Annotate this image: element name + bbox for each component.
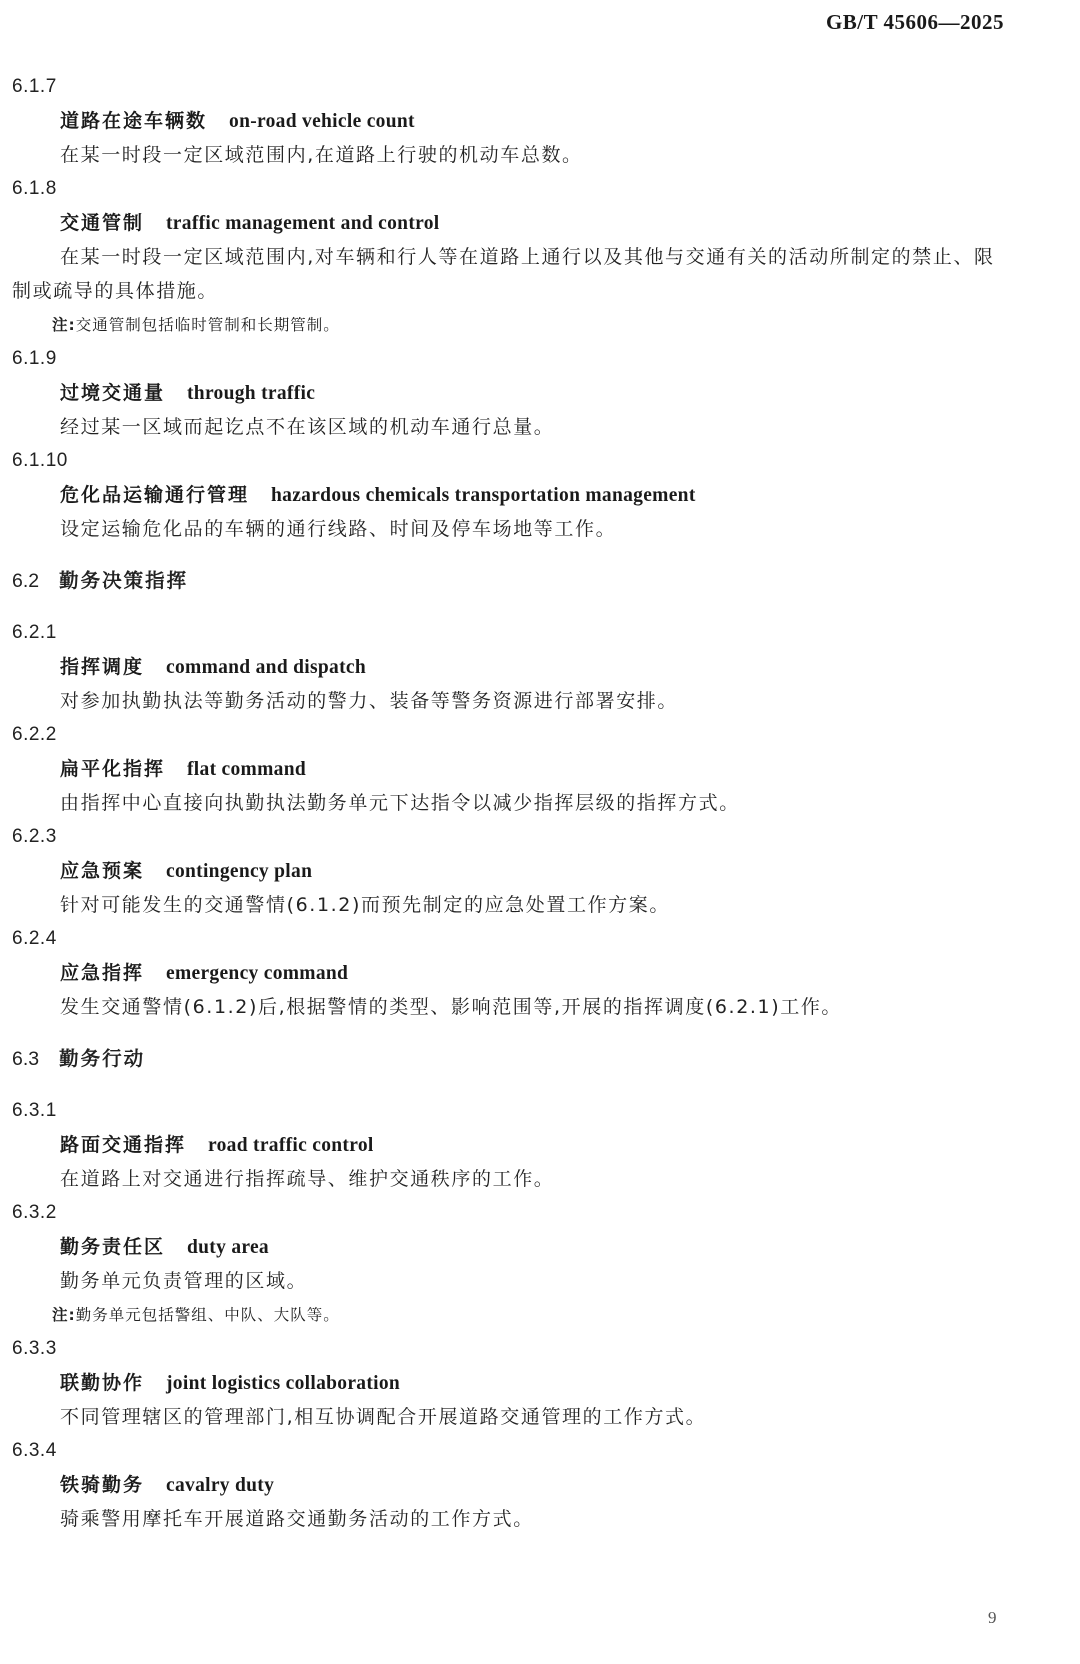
term-heading: 勤务责任区duty area	[60, 1230, 1072, 1264]
term-chinese: 勤务责任区	[60, 1236, 165, 1258]
term-entry: 6.3.4 铁骑勤务cavalry duty 骑乘警用摩托车开展道路交通勤务活动…	[12, 1434, 1072, 1536]
note-text: 勤务单元包括警组、中队、大队等。	[76, 1306, 340, 1324]
section-heading-6-3: 6.3勤务行动	[12, 1042, 1072, 1076]
document-body: 6.1.7 道路在途车辆数on-road vehicle count 在某一时段…	[12, 70, 1072, 1536]
term-chinese: 路面交通指挥	[60, 1134, 186, 1156]
term-heading: 应急指挥emergency command	[60, 956, 1072, 990]
term-definition: 经过某一区域而起讫点不在该区域的机动车通行总量。	[60, 410, 1072, 444]
entry-number: 6.3.4	[12, 1434, 1072, 1468]
entry-number: 6.3.3	[12, 1332, 1072, 1366]
term-entry: 6.1.9 过境交通量through traffic 经过某一区域而起讫点不在该…	[12, 342, 1072, 444]
term-definition: 不同管理辖区的管理部门,相互协调配合开展道路交通管理的工作方式。	[60, 1400, 1072, 1434]
term-chinese: 扁平化指挥	[60, 758, 165, 780]
term-chinese: 铁骑勤务	[60, 1474, 144, 1496]
term-entry: 6.1.8 交通管制traffic management and control…	[12, 172, 1072, 342]
note-text: 交通管制包括临时管制和长期管制。	[76, 316, 340, 334]
term-heading: 应急预案contingency plan	[60, 854, 1072, 888]
section-title: 勤务决策指挥	[59, 569, 188, 592]
term-english: on-road vehicle count	[229, 111, 415, 132]
term-english: hazardous chemicals transportation manag…	[271, 485, 696, 506]
section-number: 6.2	[12, 570, 39, 592]
entry-number: 6.2.3	[12, 820, 1072, 854]
term-english: cavalry duty	[166, 1475, 274, 1496]
term-note: 注:勤务单元包括警组、中队、大队等。	[52, 1298, 1072, 1332]
term-definition: 在某一时段一定区域范围内,对车辆和行人等在道路上通行以及其他与交通有关的活动所制…	[12, 240, 1012, 308]
entry-number: 6.1.7	[12, 70, 1072, 104]
term-chinese: 应急预案	[60, 860, 144, 882]
term-heading: 道路在途车辆数on-road vehicle count	[60, 104, 1072, 138]
term-heading: 危化品运输通行管理hazardous chemicals transportat…	[60, 478, 1072, 512]
standard-code-header: GB/T 45606—2025	[826, 10, 1004, 35]
term-chinese: 道路在途车辆数	[60, 110, 207, 132]
entry-number: 6.2.2	[12, 718, 1072, 752]
entry-number: 6.1.8	[12, 172, 1072, 206]
note-label: 注:	[52, 1306, 76, 1324]
term-definition: 勤务单元负责管理的区域。	[60, 1264, 1072, 1298]
term-heading: 过境交通量through traffic	[60, 376, 1072, 410]
entry-number: 6.2.1	[12, 616, 1072, 650]
entry-number: 6.1.9	[12, 342, 1072, 376]
term-definition: 由指挥中心直接向执勤执法勤务单元下达指令以减少指挥层级的指挥方式。	[60, 786, 1072, 820]
term-english: contingency plan	[166, 861, 312, 882]
term-english: traffic management and control	[166, 213, 439, 234]
term-definition: 骑乘警用摩托车开展道路交通勤务活动的工作方式。	[60, 1502, 1072, 1536]
term-english: emergency command	[166, 963, 348, 984]
section-heading-6-2: 6.2勤务决策指挥	[12, 564, 1072, 598]
page-number: 9	[988, 1608, 997, 1628]
term-definition: 对参加执勤执法等勤务活动的警力、装备等警务资源进行部署安排。	[60, 684, 1072, 718]
term-entry: 6.2.1 指挥调度command and dispatch 对参加执勤执法等勤…	[12, 616, 1072, 718]
term-definition: 发生交通警情(6.1.2)后,根据警情的类型、影响范围等,开展的指挥调度(6.2…	[60, 990, 1072, 1024]
term-entry: 6.2.3 应急预案contingency plan 针对可能发生的交通警情(6…	[12, 820, 1072, 922]
entry-number: 6.1.10	[12, 444, 1072, 478]
term-heading: 交通管制traffic management and control	[60, 206, 1072, 240]
note-label: 注:	[52, 316, 76, 334]
term-definition: 在道路上对交通进行指挥疏导、维护交通秩序的工作。	[60, 1162, 1072, 1196]
term-chinese: 危化品运输通行管理	[60, 484, 249, 506]
term-heading: 路面交通指挥road traffic control	[60, 1128, 1072, 1162]
term-chinese: 交通管制	[60, 212, 144, 234]
term-english: road traffic control	[208, 1135, 374, 1156]
entry-number: 6.3.1	[12, 1094, 1072, 1128]
term-definition: 在某一时段一定区域范围内,在道路上行驶的机动车总数。	[60, 138, 1072, 172]
term-heading: 铁骑勤务cavalry duty	[60, 1468, 1072, 1502]
term-english: duty area	[187, 1237, 269, 1258]
term-entry: 6.3.1 路面交通指挥road traffic control 在道路上对交通…	[12, 1094, 1072, 1196]
entry-number: 6.2.4	[12, 922, 1072, 956]
term-english: through traffic	[187, 383, 315, 404]
term-entry: 6.1.10 危化品运输通行管理hazardous chemicals tran…	[12, 444, 1072, 546]
term-entry: 6.2.4 应急指挥emergency command 发生交通警情(6.1.2…	[12, 922, 1072, 1024]
term-definition: 针对可能发生的交通警情(6.1.2)而预先制定的应急处置工作方案。	[60, 888, 1072, 922]
term-english: flat command	[187, 759, 306, 780]
term-chinese: 联勤协作	[60, 1372, 144, 1394]
term-note: 注:交通管制包括临时管制和长期管制。	[52, 308, 1072, 342]
entry-number: 6.3.2	[12, 1196, 1072, 1230]
term-entry: 6.3.2 勤务责任区duty area 勤务单元负责管理的区域。 注:勤务单元…	[12, 1196, 1072, 1332]
term-entry: 6.3.3 联勤协作joint logistics collaboration …	[12, 1332, 1072, 1434]
term-heading: 扁平化指挥flat command	[60, 752, 1072, 786]
term-english: command and dispatch	[166, 657, 366, 678]
term-heading: 指挥调度command and dispatch	[60, 650, 1072, 684]
term-definition: 设定运输危化品的车辆的通行线路、时间及停车场地等工作。	[60, 512, 1072, 546]
section-number: 6.3	[12, 1048, 39, 1070]
term-heading: 联勤协作joint logistics collaboration	[60, 1366, 1072, 1400]
term-entry: 6.1.7 道路在途车辆数on-road vehicle count 在某一时段…	[12, 70, 1072, 172]
section-title: 勤务行动	[59, 1047, 145, 1070]
term-chinese: 应急指挥	[60, 962, 144, 984]
term-chinese: 过境交通量	[60, 382, 165, 404]
term-chinese: 指挥调度	[60, 656, 144, 678]
term-entry: 6.2.2 扁平化指挥flat command 由指挥中心直接向执勤执法勤务单元…	[12, 718, 1072, 820]
term-english: joint logistics collaboration	[166, 1373, 400, 1394]
